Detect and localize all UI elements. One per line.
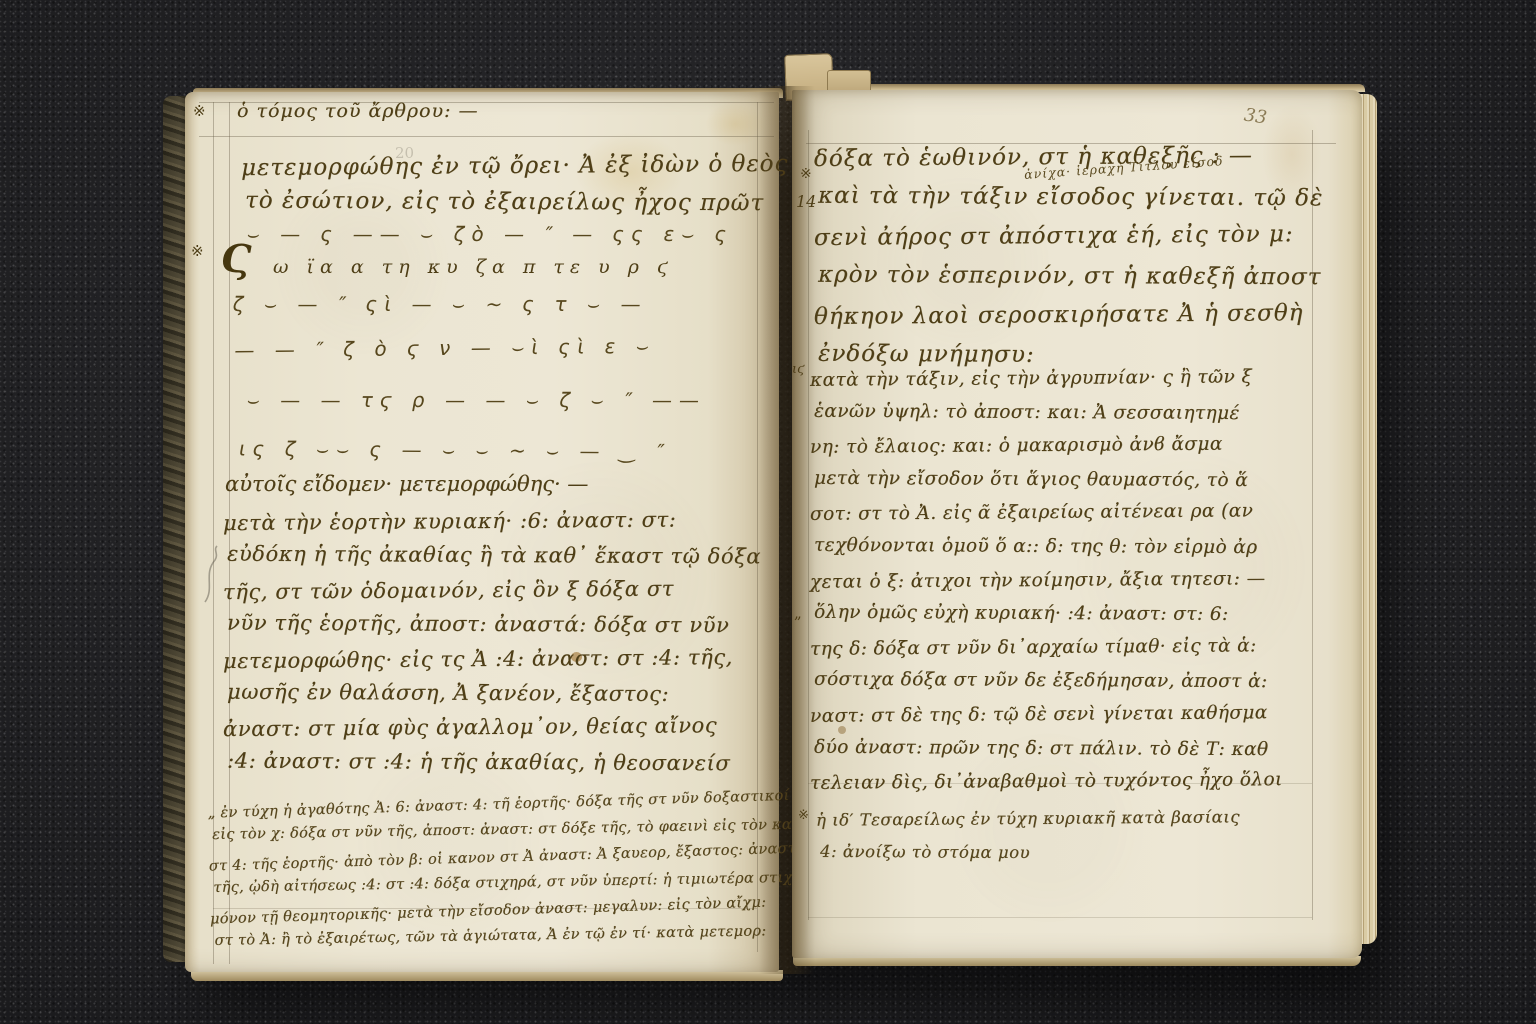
manuscript-line: ναστ: στ δὲ της δ: τῷ δὲ σενὶ γίνεται κα… bbox=[810, 696, 1283, 733]
manuscript-line: τεχθόνονται ὁμοῦ ὅ α:: δ: της θ: τὸν εἱρ… bbox=[814, 529, 1287, 565]
manuscript-line: εὐδόκη ἡ τῆς ἀκαθίας ἢ τὰ καθ᾽ ἕκαστ τῷ … bbox=[227, 537, 761, 574]
manuscript-line: ἀναστ: στ μία φὺς ἀγαλλομ᾽ον, θείας αἴνο… bbox=[223, 708, 757, 747]
bottom-note-block: ἡ ιδ′ Τεσαρείλως ἐν τύχη κυριακῆ κατὰ βα… bbox=[816, 802, 1240, 870]
body-text-block: μετὰ τὴν ἑορτὴν κυριακή· :6: ἀναστ: στ: … bbox=[223, 504, 757, 779]
manuscript-line: τῆς, στ τῶν ὁδομαινόν, εἰς ὃν ξ δόξα στ bbox=[223, 571, 757, 610]
manuscript-line: κρὸν τὸν ἑσπερινόν, στ ἡ καθεξῆ ἀποστ bbox=[818, 255, 1324, 297]
manuscript-line: ὅλην ὁμῶς εὐχὴ κυριακή· :4: ἀναστ: στ: 6… bbox=[814, 596, 1287, 632]
frame-rule bbox=[808, 130, 809, 920]
manuscript-line: καὶ τὰ τὴν τάξιν εἴσοδος γίνεται. τῷ δὲ bbox=[818, 176, 1324, 218]
lower-text-block: κατὰ τὴν τάξιν, εἰς τὴν ἀγρυπνίαν· ς ἢ τ… bbox=[810, 362, 1283, 799]
manuscript-line: μωσῆς ἐν θαλάσση, Ἀ ξανέον, ἔξαστος: bbox=[227, 675, 761, 712]
neume-line: ⌣ — — τϛ ρ — — ⌣ ζ ⌣ ″ —— bbox=[245, 388, 708, 412]
manuscript-line: ἡ ιδ′ Τεσαρείλως ἐν τύχη κυριακῆ κατὰ βα… bbox=[816, 800, 1240, 837]
manuscript-line: σόστιχα δόξα στ νῦν δε ἐξεδήμησαν, ἀποστ… bbox=[814, 663, 1287, 699]
manuscript-line: μετεμορφώθης· εἰς τς Ἀ :4: ἀναστ: στ :4:… bbox=[223, 640, 757, 679]
manuscript-line: μετὰ τὴν ἑορτὴν κυριακή· :6: ἀναστ: στ: bbox=[223, 502, 757, 541]
manuscript-line: ἑανῶν ὑψηλ: τὸ ἀποστ: και: Ἀ σεσσαιητημέ bbox=[814, 394, 1287, 430]
neume-line: ις ζ ⌣⌣ ς — ⌣ ⌣ ~ ⌣ — ‿ ″ bbox=[237, 436, 673, 463]
frame-rule bbox=[808, 917, 1312, 918]
manuscript-line: αὐτοῖς εἴδομεν· μετεμορφώθης· — bbox=[225, 472, 588, 496]
asterism-mark: ※ bbox=[193, 102, 206, 120]
manuscript-line: νη: τὸ ἔλαιος: και: ὁ μακαρισμὸ ἀνϐ ἄσμα bbox=[810, 427, 1283, 464]
manuscript-line: :4: ἀναστ: στ :4: ἡ τῆς ἀκαθίας, ἡ θεοσα… bbox=[227, 743, 761, 780]
manuscript-line: σοτ: στ τὸ Ἀ. εἰς ᾶ ἐξαιρείως αἰτένεαι ρ… bbox=[810, 495, 1283, 532]
frame-rule bbox=[199, 136, 774, 137]
upper-text-block: δόξα τὸ ἑωθινόν, στ ἡ καθεξῆς : — καὶ τὰ… bbox=[814, 138, 1319, 375]
manuscript-line: θήκηον λαοὶ σεροσκιρήσατε Ἀ ἡ σεσθὴ bbox=[814, 294, 1320, 337]
asterism-mark: ※ bbox=[191, 242, 204, 260]
intro-text-block: μετεμορφώθης ἐν τῷ ὄρει· Ἀ ἐξ ἰδὼν ὁ θεὸ… bbox=[241, 148, 788, 220]
page-number: 33 bbox=[1243, 105, 1269, 129]
manuscript-line: της δ: δόξα στ νῦν δι᾽αρχαίω τίμαθ· εἰς … bbox=[810, 629, 1283, 666]
paper-stain bbox=[705, 102, 765, 146]
manuscript-line: τὸ ἐσώτιον, εἰς τὸ ἐξαιρείλως ἦχος πρῶτ bbox=[245, 183, 793, 222]
ditto-mark: „ bbox=[794, 604, 802, 622]
asterism-mark: ※ bbox=[798, 808, 809, 823]
manuscript-line: κατὰ τὴν τάξιν, εἰς τὴν ἀγρυπνίαν· ς ἢ τ… bbox=[810, 360, 1283, 397]
neume-line: — — ″ ζ ὸ ϛ ν — ⌣ὶ ςὶ ε ⌣ bbox=[233, 334, 659, 362]
left-page: ※ ὁ τόμος τοῦ ἄρθρου: — 20 μετεμορφώθης … bbox=[185, 92, 779, 972]
manuscript-line: τελειαν δὶς, δι᾽ἀναβαθμοὶ τὸ τυχόντος ἦχ… bbox=[810, 763, 1283, 800]
manuscript-line: χεται ὁ ξ: ἀτιχοι τὴν κοίμησιν, ἄξια τητ… bbox=[810, 562, 1283, 599]
asterism-mark: ※ bbox=[800, 166, 812, 182]
manuscript-line: σενὶ ἀήρος στ ἀπόστιχα ἑή, εἰς τὸν μ: bbox=[814, 215, 1320, 258]
manuscript-line: νῦν τῆς ἑορτῆς, ἀποστ: ἀναστά: δόξα στ ν… bbox=[227, 606, 761, 643]
margin-abbreviation: ιϛ bbox=[792, 362, 804, 377]
manuscript-line: μετὰ τὴν εἴσοδον ὅτι ἅγιος θαυμαστός, τὸ… bbox=[814, 462, 1287, 498]
manuscript-line: 4: ἀνοίξω τὸ στόμα μου bbox=[820, 835, 1244, 871]
pencil-squiggle bbox=[201, 544, 223, 606]
neume-line: ζ ⌣ — ″ ςὶ — ⌣ ~ ς τ ⌣ — bbox=[231, 292, 650, 316]
open-manuscript-book: ※ ὁ τόμος τοῦ ἄρθρου: — 20 μετεμορφώθης … bbox=[163, 84, 1379, 979]
right-page: 33 ※ 14 ιϛ „ ἀνίχα· ἱεραχὴ Τιτλου εἴσοδ … bbox=[792, 90, 1362, 958]
page-heading: ὁ τόμος τοῦ ἄρθρου: — bbox=[237, 100, 478, 122]
neume-line: ⌣ — ς —— ⌣ ζὸ — ″ — ςς ε⌣ ς bbox=[245, 222, 736, 246]
neume-lyrics: ω ϊα α τη κυ ζα π τε υ ρ ϛ bbox=[273, 256, 674, 278]
manuscript-line: δόξα τὸ ἑωθινόν, στ ἡ καθεξῆς : — bbox=[814, 136, 1320, 179]
manuscript-line: δύο ἀναστ: πρῶν της δ: στ πάλιν. τὸ δὲ Τ… bbox=[814, 730, 1287, 766]
manuscript-line: μετεμορφώθης ἐν τῷ ὄρει· Ἀ ἐξ ἰδὼν ὁ θεὸ… bbox=[241, 146, 789, 186]
manuscript-photo: ※ ὁ τόμος τοῦ ἄρθρου: — 20 μετεμορφώθης … bbox=[0, 0, 1536, 1024]
